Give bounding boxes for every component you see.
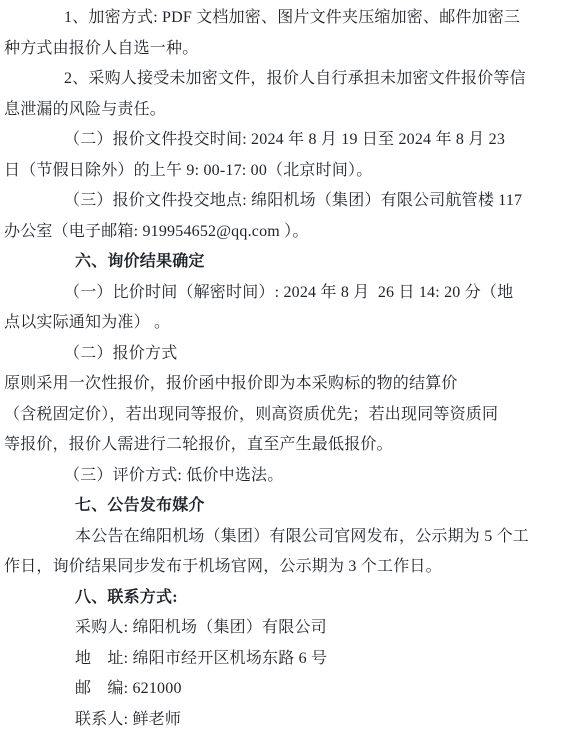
para-submission-time-1: （二）报价文件投交时间: 2024 年 8 月 19 日至 2024 年 8 月… xyxy=(4,125,560,156)
para-encryption-methods-2: 种方式由报价人自选一种。 xyxy=(4,34,560,65)
contact-person: 联系人: 鲜老师 xyxy=(4,705,560,731)
heading-section-seven: 七、公告发布媒介 xyxy=(4,491,560,522)
para-quotation-method-title: （二）报价方式 xyxy=(4,339,560,370)
para-submission-time-2: 日（节假日除外）的上午 9: 00-17: 00（北京时间）。 xyxy=(4,156,560,187)
para-quotation-method-body-2: （含税固定价），若出现同等报价，则高资质优先；若出现同等资质同 xyxy=(4,400,560,431)
para-announcement-media-1: 本公告在绵阳机场（集团）有限公司官网发布，公示期为 5 个工 xyxy=(4,522,560,553)
contact-purchaser: 采购人: 绵阳机场（集团）有限公司 xyxy=(4,613,560,644)
para-submission-place-2: 办公室（电子邮箱: 919954652@qq.com ）。 xyxy=(4,217,560,248)
para-quotation-method-body-3: 等报价，报价人需进行二轮报价，直至产生最低报价。 xyxy=(4,430,560,461)
para-submission-place-1: （三）报价文件投交地点: 绵阳机场（集团）有限公司航管楼 117 xyxy=(4,186,560,217)
para-unencrypted-risk-1: 2、采购人接受未加密文件，报价人自行承担未加密文件报价等信 xyxy=(4,64,560,95)
para-evaluation-method: （三）评价方式: 低价中选法。 xyxy=(4,461,560,492)
contact-postcode: 邮 编: 621000 xyxy=(4,674,560,705)
para-announcement-media-2: 作日，询价结果同步发布于机场官网，公示期为 3 个工作日。 xyxy=(4,552,560,583)
para-price-comparison-time-2: 点以实际通知为准） 。 xyxy=(4,308,560,339)
document-body: 1、加密方式: PDF 文档加密、图片文件夹压缩加密、邮件加密三种方式由报价人自… xyxy=(4,3,560,731)
heading-section-six: 六、询价结果确定 xyxy=(4,247,560,278)
para-unencrypted-risk-2: 息泄漏的风险与责任。 xyxy=(4,95,560,126)
contact-address: 地 址: 绵阳市经开区机场东路 6 号 xyxy=(4,644,560,675)
document-page: 1、加密方式: PDF 文档加密、图片文件夹压缩加密、邮件加密三种方式由报价人自… xyxy=(0,0,566,731)
para-encryption-methods-1: 1、加密方式: PDF 文档加密、图片文件夹压缩加密、邮件加密三 xyxy=(4,3,560,34)
heading-section-eight: 八、联系方式: xyxy=(4,583,560,614)
para-price-comparison-time-1: （一）比价时间（解密时间）: 2024 年 8 月 26 日 14: 20 分（… xyxy=(4,278,560,309)
para-quotation-method-body-1: 原则采用一次性报价，报价函中报价即为本采购标的物的结算价 xyxy=(4,369,560,400)
